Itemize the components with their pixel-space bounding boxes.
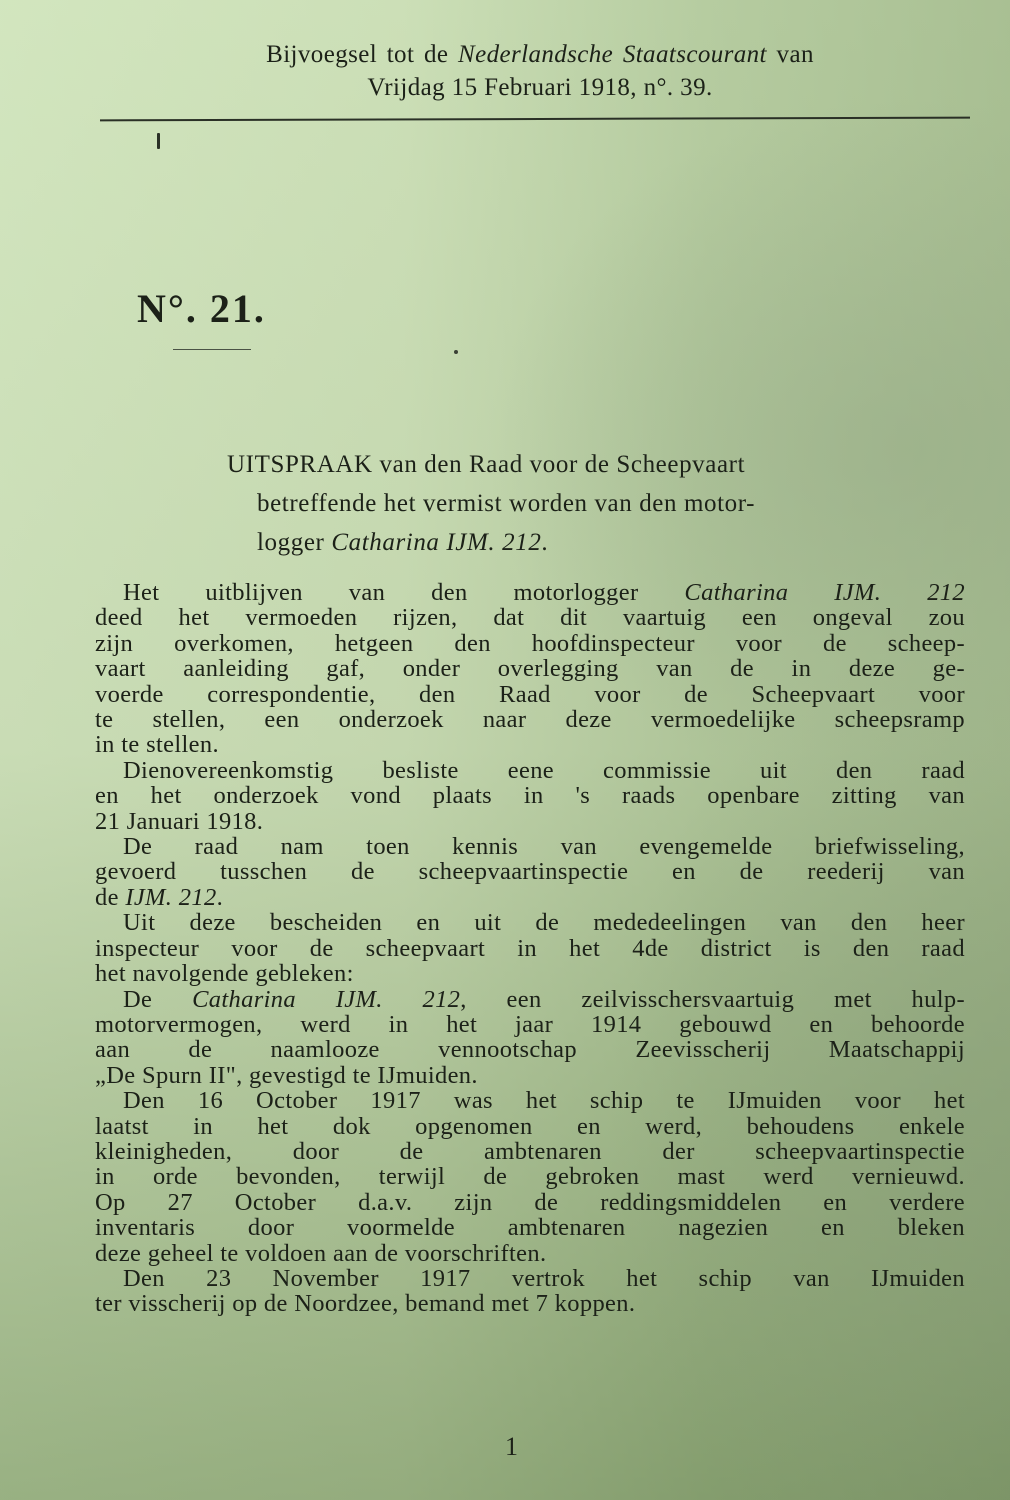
- text-line: te stellen, een onderzoek naar deze verm…: [95, 707, 965, 732]
- text-run: laatst in het dok opgenomen en werd, beh…: [95, 1113, 965, 1140]
- text-run: deed het vermoeden rijzen, dat dit vaart…: [95, 604, 965, 631]
- text-line: en het onderzoek vond plaats in 's raads…: [95, 783, 965, 808]
- text-line: motorvermogen, werd in het jaar 1914 geb…: [95, 1012, 965, 1037]
- text-run: in te stellen.: [95, 731, 219, 758]
- text-run: .: [217, 884, 223, 911]
- page-number: 1: [505, 1432, 518, 1462]
- text-line: Uit deze bescheiden en uit de mededeelin…: [95, 910, 965, 935]
- number-underline: [173, 349, 251, 350]
- text-run: deze geheel te voldoen aan de voorschrif…: [95, 1240, 546, 1267]
- text-run: gevoerd tusschen de scheepvaartinspectie…: [95, 858, 965, 885]
- text-run: ter visscherij op de Noordzee, bemand me…: [95, 1290, 635, 1317]
- title-prefix: logger: [257, 529, 331, 556]
- document-body: Het uitblijven van den motorlogger Catha…: [95, 580, 965, 1317]
- paragraph: Den 16 October 1917 was het schip te IJm…: [95, 1088, 965, 1266]
- text-line: de IJM. 212.: [95, 885, 965, 910]
- italic-run: Catharina IJM. 212: [192, 986, 460, 1013]
- text-line: Het uitblijven van den motorlogger Catha…: [95, 580, 965, 605]
- italic-run: Catharina IJM. 212: [684, 579, 965, 606]
- text-run: in orde bevonden, terwijl de gebroken ma…: [95, 1163, 965, 1190]
- publication-name: Nederlandsche Staatscourant: [458, 41, 767, 68]
- text-run: De raad nam toen kennis van evengemelde …: [123, 833, 965, 860]
- paragraph: Uit deze bescheiden en uit de mededeelin…: [95, 910, 965, 986]
- text-run: te stellen, een onderzoek naar deze verm…: [95, 706, 965, 733]
- text-line: gevoerd tusschen de scheepvaartinspectie…: [95, 859, 965, 884]
- masthead-line-1: Bijvoegsel tot de Nederlandsche Staatsco…: [150, 38, 930, 71]
- text-line: De raad nam toen kennis van evengemelde …: [95, 834, 965, 859]
- masthead-date: Vrijdag 15 Februari 1918, n°. 39.: [150, 71, 930, 104]
- text-run: kleinigheden, door de ambtenaren der sch…: [95, 1138, 965, 1165]
- text-line: in te stellen.: [95, 732, 965, 757]
- text-line: vaart aanleiding gaf, onder overlegging …: [95, 656, 965, 681]
- text-line: in orde bevonden, terwijl de gebroken ma…: [95, 1164, 965, 1189]
- ship-name: Catharina IJM. 212: [331, 529, 541, 556]
- text-line: Op 27 October d.a.v. zijn de reddingsmid…: [95, 1190, 965, 1215]
- text-run: en het onderzoek vond plaats in 's raads…: [95, 782, 965, 809]
- text-line: het navolgende gebleken:: [95, 961, 965, 986]
- masthead-suffix: van: [767, 41, 814, 68]
- title-line-1: UITSPRAAK van den Raad voor de Scheepvaa…: [227, 445, 972, 484]
- text-run: „De Spurn II", gevestigd te IJmuiden.: [95, 1062, 478, 1089]
- text-line: Den 16 October 1917 was het schip te IJm…: [95, 1088, 965, 1113]
- paragraph: Den 23 November 1917 vertrok het schip v…: [95, 1266, 965, 1317]
- text-line: laatst in het dok opgenomen en werd, beh…: [95, 1114, 965, 1139]
- text-run: vaart aanleiding gaf, onder overlegging …: [95, 655, 965, 682]
- document-number: N°. 21.: [137, 285, 266, 332]
- document-title: UITSPRAAK van den Raad voor de Scheepvaa…: [227, 445, 972, 562]
- text-run: inventaris door voormelde ambtenaren nag…: [95, 1214, 965, 1241]
- text-run: Het uitblijven van den motorlogger: [123, 579, 684, 606]
- text-line: inspecteur voor de scheepvaart in het 4d…: [95, 936, 965, 961]
- title-line-2: betreffende het vermist worden van den m…: [227, 484, 972, 523]
- text-run: motorvermogen, werd in het jaar 1914 geb…: [95, 1011, 965, 1038]
- text-run: Dienovereenkomstig besliste eene commiss…: [123, 757, 965, 784]
- paragraph: Het uitblijven van den motorlogger Catha…: [95, 580, 965, 758]
- paragraph: Dienovereenkomstig besliste eene commiss…: [95, 758, 965, 834]
- text-line: deze geheel te voldoen aan de voorschrif…: [95, 1241, 965, 1266]
- title-line-3: logger Catharina IJM. 212.: [227, 523, 972, 562]
- text-line: Den 23 November 1917 vertrok het schip v…: [95, 1266, 965, 1291]
- document-page: Bijvoegsel tot de Nederlandsche Staatsco…: [0, 0, 1010, 1500]
- title-suffix: .: [541, 529, 548, 556]
- text-line: kleinigheden, door de ambtenaren der sch…: [95, 1139, 965, 1164]
- text-run: Den 16 October 1917 was het schip te IJm…: [123, 1087, 965, 1114]
- text-run: Op 27 October d.a.v. zijn de reddingsmid…: [95, 1189, 965, 1216]
- text-line: Dienovereenkomstig besliste eene commiss…: [95, 758, 965, 783]
- masthead: Bijvoegsel tot de Nederlandsche Staatsco…: [150, 38, 930, 104]
- text-run: het navolgende gebleken:: [95, 960, 354, 987]
- text-line: aan de naamlooze vennootschap Zeevissche…: [95, 1037, 965, 1062]
- text-run: Den 23 November 1917 vertrok het schip v…: [123, 1265, 965, 1292]
- italic-run: IJM. 212: [125, 884, 216, 911]
- text-line: voerde correspondentie, den Raad voor de…: [95, 682, 965, 707]
- ink-speck: [454, 350, 458, 354]
- text-run: voerde correspondentie, den Raad voor de…: [95, 681, 965, 708]
- text-line: 21 Januari 1918.: [95, 809, 965, 834]
- text-line: De Catharina IJM. 212, een zeilvisschers…: [95, 987, 965, 1012]
- paragraph: De raad nam toen kennis van evengemelde …: [95, 834, 965, 910]
- ink-mark: [157, 133, 160, 149]
- text-run: aan de naamlooze vennootschap Zeevissche…: [95, 1036, 965, 1063]
- text-line: „De Spurn II", gevestigd te IJmuiden.: [95, 1063, 965, 1088]
- text-line: inventaris door voormelde ambtenaren nag…: [95, 1215, 965, 1240]
- text-run: Uit deze bescheiden en uit de mededeelin…: [123, 909, 965, 936]
- header-rule: [100, 117, 970, 122]
- text-run: 21 Januari 1918.: [95, 808, 263, 835]
- paragraph: De Catharina IJM. 212, een zeilvisschers…: [95, 987, 965, 1089]
- text-line: zijn overkomen, hetgeen den hoofdinspect…: [95, 631, 965, 656]
- text-line: ter visscherij op de Noordzee, bemand me…: [95, 1291, 965, 1316]
- text-run: , een zeilvisschersvaartuig met hulp-: [460, 986, 965, 1013]
- text-run: de: [95, 884, 125, 911]
- text-run: zijn overkomen, hetgeen den hoofdinspect…: [95, 630, 965, 657]
- text-run: De: [123, 986, 192, 1013]
- text-line: deed het vermoeden rijzen, dat dit vaart…: [95, 605, 965, 630]
- text-run: inspecteur voor de scheepvaart in het 4d…: [95, 935, 965, 962]
- masthead-prefix: Bijvoegsel tot de: [266, 41, 458, 68]
